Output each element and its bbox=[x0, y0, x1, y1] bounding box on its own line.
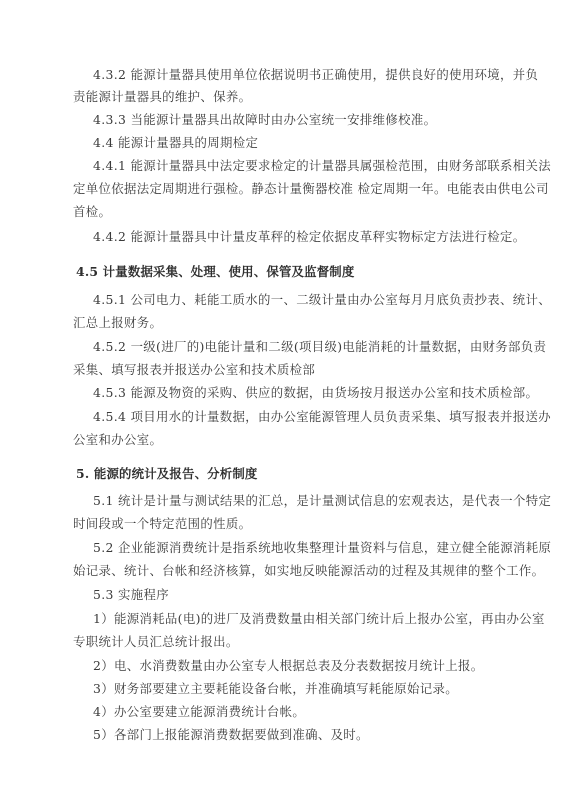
paragraph-4-5-1-line-2: 汇总上报财务。 bbox=[73, 315, 513, 331]
list-item-3: 3）财务部要建立主要耗能设备台帐，并准确填写耗能原始记录。 bbox=[93, 681, 533, 697]
paragraph-4-3-2-line-1: 4.3.2 能源计量器具使用单位依据说明书正确使用，提供良好的使用环境，并负 bbox=[93, 67, 533, 83]
list-item-4: 4）办公室要建立能源消费统计台帐。 bbox=[93, 704, 533, 720]
list-item-1-line-1: 1）能源消耗品(电)的进厂及消费数量由相关部门统计后上报办公室，再由办公室 bbox=[93, 611, 533, 627]
paragraph-4-3-3: 4.3.3 当能源计量器具出故障时由办公室统一安排维修校准。 bbox=[93, 112, 533, 128]
paragraph-4-5-4-line-1: 4.5.4 项目用水的计量数据，由办公室能源管理人员负责采集、填写报表并报送办 bbox=[93, 409, 533, 425]
section-heading-5: 5. 能源的统计及报告、分析制度 bbox=[76, 466, 516, 482]
list-item-1-line-2: 专职统计人员汇总统计报出。 bbox=[73, 634, 513, 650]
paragraph-4-5-2-line-2: 采集、填写报表并报送办公室和技术质检部 bbox=[73, 362, 513, 378]
document-page: 4.3.2 能源计量器具使用单位依据说明书正确使用，提供良好的使用环境，并负 责… bbox=[0, 0, 572, 809]
paragraph-4-5-1-line-1: 4.5.1 公司电力、耗能工质水的一、二级计量由办公室每月月底负责抄表、统计、 bbox=[93, 292, 533, 308]
list-item-2: 2）电、水消费数量由办公室专人根据总表及分表数据按月统计上报。 bbox=[93, 658, 533, 674]
paragraph-4-3-2-line-2: 责能源计量器具的维护、保养。 bbox=[73, 89, 513, 105]
paragraph-4-5-4-line-2: 公室和办公室。 bbox=[73, 432, 513, 448]
paragraph-5-2-line-2: 始记录、统计、台帐和经济核算，如实地反映能源活动的过程及其规律的整个工作。 bbox=[73, 563, 513, 579]
paragraph-5-1-line-1: 5.1 统计是计量与测试结果的汇总，是计量测试信息的宏观表达，是代表一个特定 bbox=[93, 493, 533, 509]
subheading-5-3: 5.3 实施程序 bbox=[93, 587, 533, 603]
paragraph-4-4-1-line-3: 首检。 bbox=[73, 204, 513, 220]
paragraph-4-4-1-line-2: 定单位依据法定周期进行强检。静态计量衡器校准 检定周期一年。电能表由供电公司 bbox=[73, 181, 513, 197]
list-item-5: 5）各部门上报能源消费数据要做到准确、及时。 bbox=[93, 727, 533, 743]
paragraph-4-5-3: 4.5.3 能源及物资的采购、供应的数据，由货场按月报送办公室和技术质检部。 bbox=[93, 385, 533, 401]
section-heading-4-5: 4.5 计量数据采集、处理、使用、保管及监督制度 bbox=[76, 264, 516, 280]
paragraph-5-2-line-1: 5.2 企业能源消费统计是指系统地收集整理计量资料与信息，建立健全能源消耗原 bbox=[93, 540, 533, 556]
paragraph-4-4-2: 4.4.2 能源计量器具中计量皮革秤的检定依据皮革秤实物标定方法进行检定。 bbox=[93, 229, 533, 245]
paragraph-4-4-1-line-1: 4.4.1 能源计量器具中法定要求检定的计量器具属强检范围，由财务部联系相关法 bbox=[93, 158, 533, 174]
paragraph-5-1-line-2: 时间段或一个特定范围的性质。 bbox=[73, 516, 513, 532]
paragraph-4-5-2-line-1: 4.5.2 一级(进厂的)电能计量和二级(项目级)电能消耗的计量数据，由财务部负… bbox=[93, 339, 533, 355]
subheading-4-4: 4.4 能源计量器具的周期检定 bbox=[93, 135, 533, 151]
